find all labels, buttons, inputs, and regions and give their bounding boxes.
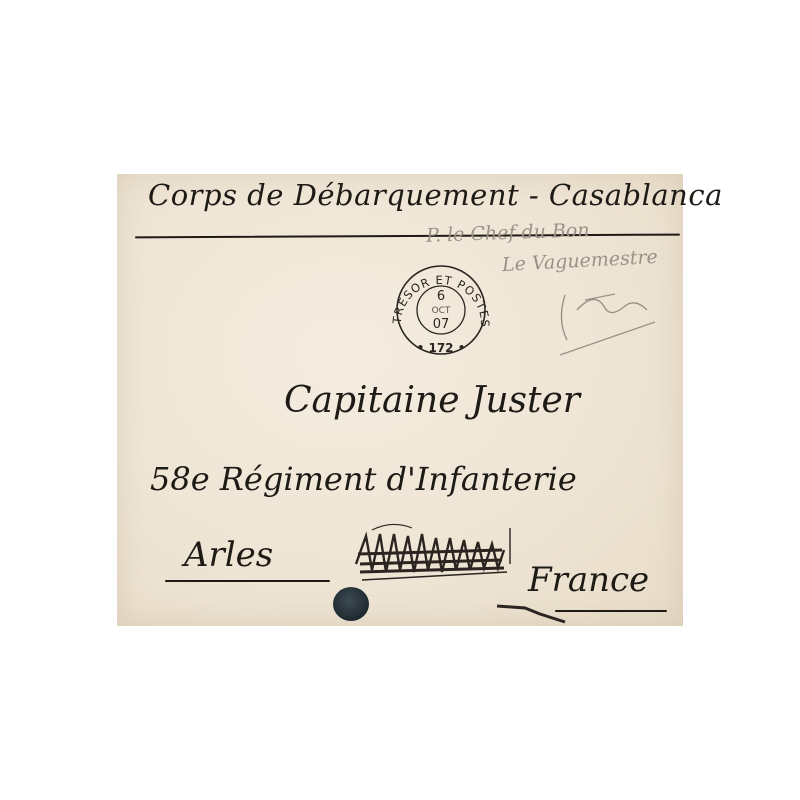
- recipient-name: Capitaine Juster: [284, 380, 580, 421]
- recipient-unit: 58e Régiment d'Infanterie: [150, 460, 577, 498]
- svg-text:07: 07: [433, 317, 450, 332]
- recipient-country: France: [528, 560, 649, 600]
- svg-text:OCT: OCT: [432, 306, 451, 316]
- city-underline: [165, 580, 330, 582]
- ink-mark: [495, 600, 605, 624]
- recipient-city: Arles: [184, 535, 273, 575]
- crossed-out-text: [352, 520, 532, 586]
- postmark-stamp: TRESOR ET POSTES 6 OCT 07 • 172 •: [385, 262, 497, 358]
- pencil-signature: [555, 280, 665, 360]
- svg-text:• 172 •: • 172 •: [417, 341, 466, 355]
- header-text: Corps de Débarquement - Casablanca: [148, 178, 723, 212]
- ink-blot: [333, 587, 369, 621]
- svg-text:6: 6: [437, 289, 445, 304]
